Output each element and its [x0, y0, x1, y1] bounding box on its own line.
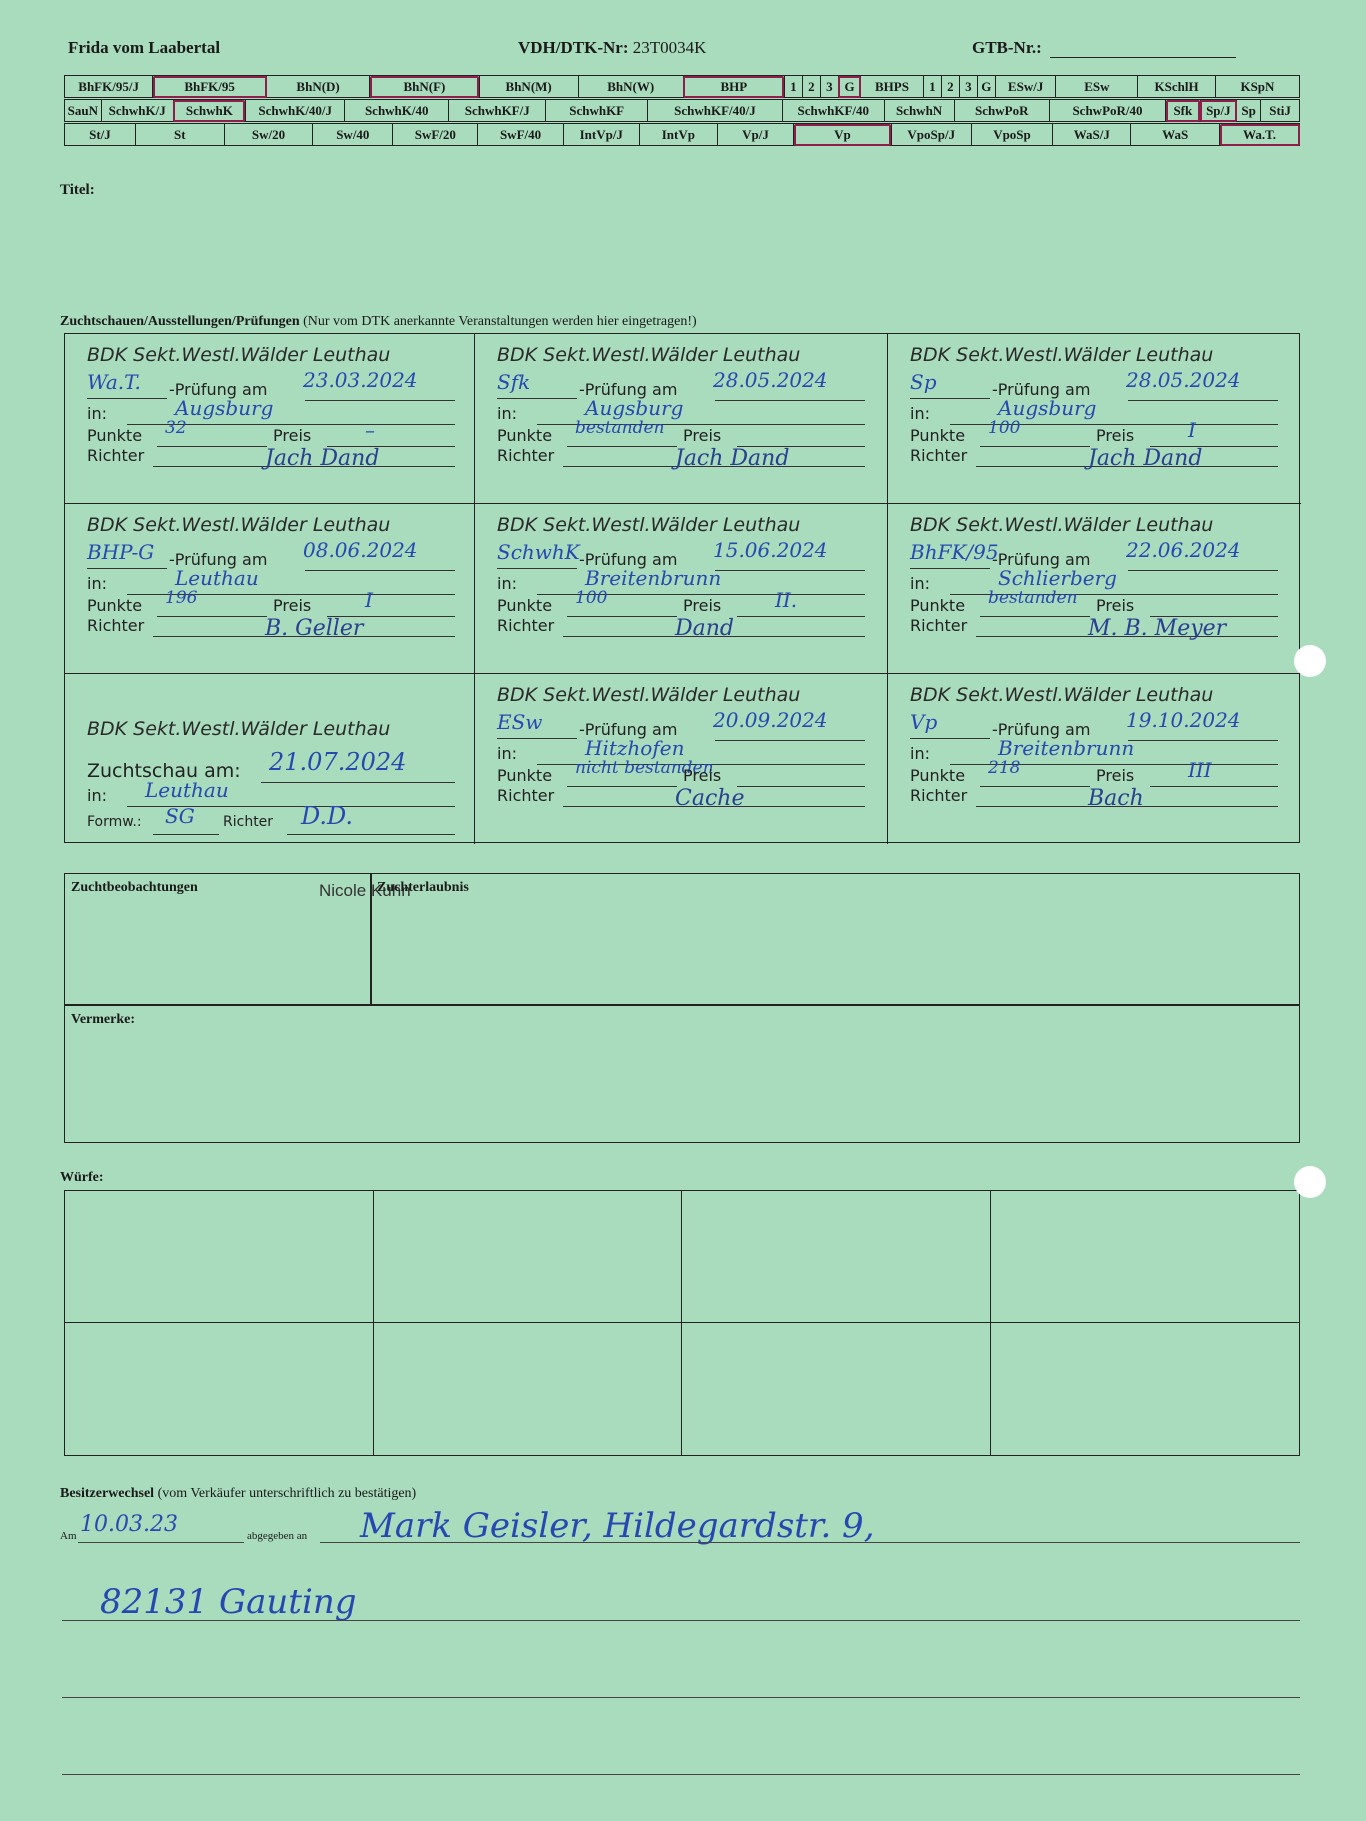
exam-prize[interactable]: I — [365, 588, 373, 612]
show-place[interactable]: Leuthau — [145, 778, 229, 802]
exam-judges[interactable]: Cache — [675, 786, 744, 811]
show-date[interactable]: 21.07.2024 — [269, 748, 406, 776]
wuerfe-label: Würfe: — [60, 1170, 104, 1186]
test-name[interactable]: BhFK/95 — [910, 540, 999, 564]
address-line-2 — [62, 1620, 1300, 1621]
exam-code-label: Sp — [1241, 103, 1255, 118]
exam-code-label: SchwPoR/40 — [1072, 103, 1142, 118]
exam-code-label: ESw — [1084, 79, 1109, 94]
exam-points[interactable]: 100 — [988, 418, 1020, 438]
exam-code-2[interactable]: 2 — [941, 76, 959, 98]
vdh-value: 23T0034K — [633, 38, 707, 57]
exam-codes-row-1: BhFK/95/JBhFK/95BhN(D)BhN(F)BhN(M)BhN(W)… — [64, 75, 1300, 98]
exam-code-label: BhN(M) — [506, 79, 552, 94]
litter-cell[interactable] — [991, 1191, 1300, 1323]
exam-code-sw-20[interactable]: Sw/20 — [224, 124, 313, 146]
exam-code-stij[interactable]: StiJ — [1261, 100, 1300, 122]
show-judges[interactable]: D.D. — [301, 802, 353, 830]
exam-code-esw[interactable]: ESw — [1056, 76, 1138, 98]
test-name[interactable]: ESw — [497, 710, 542, 734]
litter-cell[interactable] — [65, 1323, 374, 1455]
exam-code-sp-j[interactable]: Sp/J — [1200, 100, 1237, 122]
show-formwert[interactable]: SG — [165, 804, 195, 828]
exam-code-label: 2 — [808, 79, 815, 94]
exam-code-label: SchwhKF/40 — [798, 103, 870, 118]
exam-code-label: SwF/20 — [415, 127, 456, 142]
exam-code-bhfk-95[interactable]: BhFK/95 — [153, 76, 267, 98]
exam-points[interactable]: 196 — [165, 588, 197, 608]
events-grid: BDK Sekt.Westl.Wälder LeuthauWa.T.-Prüfu… — [64, 333, 1300, 843]
punkte-label: Punkte — [910, 766, 965, 785]
litter-cell[interactable] — [65, 1191, 374, 1323]
exam-code-label: SchwhK — [186, 103, 233, 118]
exam-code-label: BhN(F) — [403, 79, 445, 94]
exam-code-3[interactable]: 3 — [820, 76, 838, 98]
exam-code-label: St — [174, 127, 186, 142]
punkte-label: Punkte — [910, 426, 965, 445]
exam-date[interactable]: 23.03.2024 — [303, 368, 418, 392]
richter-label: Richter — [223, 814, 273, 830]
exam-code-label: WaS — [1162, 127, 1188, 142]
exam-codes-row-2: SauNSchwhK/JSchwhKSchwhK/40/JSchwhK/40Sc… — [64, 99, 1300, 122]
exam-code-label: SchwhKF/J — [465, 103, 530, 118]
event-card: BDK Sekt.Westl.Wälder LeuthauVp-Prüfung … — [888, 674, 1301, 844]
exam-judges[interactable]: Jach Dand — [675, 446, 789, 471]
preis-label: Preis — [683, 426, 721, 445]
test-name[interactable]: BHP-G — [87, 540, 154, 564]
exam-code-label: 2 — [947, 79, 954, 94]
exam-code-schwhkf-j[interactable]: SchwhKF/J — [449, 100, 546, 122]
event-card: BDK Sekt.Westl.Wälder LeuthauWa.T.-Prüfu… — [65, 334, 475, 504]
exam-judges[interactable]: Jach Dand — [265, 446, 379, 471]
exam-code-was[interactable]: WaS — [1131, 124, 1220, 146]
in-label: in: — [910, 744, 930, 763]
exam-points[interactable]: 100 — [575, 588, 607, 608]
richter-label: Richter — [87, 616, 144, 635]
am-label: Am — [60, 1530, 77, 1542]
prize-line — [1150, 426, 1278, 447]
preis-label: Preis — [1096, 596, 1134, 615]
exam-code-label: Wa.T. — [1243, 127, 1276, 142]
breeding-box: Zuchtbeobachtungen Nicole Kuhn Zuchterla… — [64, 873, 1300, 1143]
prize-line — [737, 426, 865, 447]
exam-place[interactable]: Augsburg — [998, 396, 1096, 420]
vdh-number: VDH/DTK-Nr: 23T0034K — [518, 38, 706, 58]
exam-code-bhp[interactable]: BHP — [683, 76, 784, 98]
exam-code-bhps[interactable]: BHPS — [861, 76, 924, 98]
exam-date[interactable]: 19.10.2024 — [1126, 708, 1241, 732]
exam-prize[interactable]: III — [1188, 758, 1212, 782]
abgegeben-label: abgegeben an — [247, 1530, 307, 1542]
exam-code-st[interactable]: St — [135, 124, 224, 146]
exam-code-label: SchwhK/40/J — [258, 103, 332, 118]
exam-points[interactable]: bestanden — [575, 418, 664, 438]
event-card: BDK Sekt.Westl.Wälder LeuthauSp-Prüfung … — [888, 334, 1301, 504]
preis-label: Preis — [683, 596, 721, 615]
new-owner-line-2[interactable]: 82131 Gauting — [100, 1582, 357, 1622]
exam-code-label: SchwhK/J — [109, 103, 166, 118]
punkte-label: Punkte — [910, 596, 965, 615]
exam-code-label: 3 — [965, 79, 972, 94]
exam-code-schwpor[interactable]: SchwPoR — [954, 100, 1049, 122]
exam-code-vposp-j[interactable]: VpoSp/J — [891, 124, 971, 146]
exam-codes-row-3: St/JStSw/20Sw/40SwF/20SwF/40IntVp/JIntVp… — [64, 123, 1300, 146]
exam-code-schwhk[interactable]: SchwhK — [173, 100, 245, 122]
exam-code-label: IntVp — [662, 127, 695, 142]
exam-code-label: 1 — [929, 79, 936, 94]
exam-code-schwhkf[interactable]: SchwhKF — [546, 100, 648, 122]
test-name[interactable]: SchwhK — [497, 540, 580, 564]
exam-code-label: Vp/J — [742, 127, 769, 142]
exam-code-g[interactable]: G — [838, 76, 860, 98]
exam-place[interactable]: Augsburg — [585, 396, 683, 420]
richter-label: Richter — [910, 616, 967, 635]
event-card: BDK Sekt.Westl.Wälder LeuthauZuchtschau … — [65, 674, 475, 844]
exam-code-sp[interactable]: Sp — [1237, 100, 1261, 122]
exam-code-swf-40[interactable]: SwF/40 — [478, 124, 563, 146]
exam-code-label: KSpN — [1240, 79, 1274, 94]
exam-points[interactable]: 32 — [165, 418, 187, 438]
exam-judges[interactable]: M. B. Meyer — [1088, 616, 1226, 641]
punkte-label: Punkte — [497, 596, 552, 615]
new-owner-line-1[interactable]: Mark Geisler, Hildegardstr. 9, — [360, 1506, 875, 1546]
in-label: in: — [497, 574, 517, 593]
exam-prize[interactable]: – — [365, 418, 375, 442]
club-stamp: BDK Sekt.Westl.Wälder Leuthau — [497, 344, 800, 366]
title-label: Titel: — [60, 182, 95, 199]
exam-code-label: SchwhK/40 — [365, 103, 429, 118]
preis-label: Preis — [273, 426, 311, 445]
prize-line — [327, 596, 455, 617]
exam-code-label: G — [981, 79, 991, 94]
club-stamp: BDK Sekt.Westl.Wälder Leuthau — [87, 718, 390, 740]
litters-grid — [64, 1190, 1300, 1456]
exam-code-schwhk-j[interactable]: SchwhK/J — [101, 100, 173, 122]
exam-code-bhn-m-[interactable]: BhN(M) — [479, 76, 578, 98]
exam-code-label: Sw/20 — [252, 127, 285, 142]
exam-code-3[interactable]: 3 — [959, 76, 977, 98]
test-name[interactable]: Vp — [910, 710, 937, 734]
exam-code-label: SchwhN — [896, 103, 942, 118]
litter-cell[interactable] — [682, 1191, 991, 1323]
exam-place[interactable]: Breitenbrunn — [998, 736, 1134, 760]
exam-code-1[interactable]: 1 — [784, 76, 802, 98]
address-line-1 — [320, 1542, 1300, 1543]
exam-code-label: SchwhKF/40/J — [674, 103, 756, 118]
in-label: in: — [910, 404, 930, 423]
exam-code-label: ESw/J — [1008, 79, 1043, 94]
exam-code-schwhk-40-j[interactable]: SchwhK/40/J — [245, 100, 344, 122]
test-name[interactable]: Wa.T. — [87, 370, 141, 394]
exam-code-label: WaS/J — [1074, 127, 1110, 142]
in-label: in: — [87, 404, 107, 423]
exam-code-bhn-f-[interactable]: BhN(F) — [370, 76, 480, 98]
richter-label: Richter — [87, 446, 144, 465]
richter-label: Richter — [910, 446, 967, 465]
litter-cell[interactable] — [374, 1323, 683, 1455]
exam-code-label: Sw/40 — [336, 127, 369, 142]
vdh-label: VDH/DTK-Nr: — [518, 38, 628, 57]
exam-code-schwhk-40[interactable]: SchwhK/40 — [345, 100, 449, 122]
exam-code-label: BHPS — [875, 79, 909, 94]
exam-prize[interactable]: II. — [775, 588, 797, 612]
divider — [65, 1004, 1299, 1006]
exam-code-schwhkf-40-j[interactable]: SchwhKF/40/J — [647, 100, 782, 122]
exam-date[interactable]: 22.06.2024 — [1126, 538, 1241, 562]
test-name[interactable]: Sfk — [497, 370, 530, 394]
event-card: BDK Sekt.Westl.Wälder LeuthauESw-Prüfung… — [475, 674, 888, 844]
prize-line — [737, 766, 865, 787]
exam-code-label: BhFK/95 — [184, 79, 235, 94]
richter-label: Richter — [497, 616, 554, 635]
owner-change-label: Besitzerwechsel (vom Verkäufer unterschr… — [60, 1486, 416, 1502]
exam-code-label: VpoSp/J — [907, 127, 955, 142]
exam-code-label: BHP — [721, 79, 748, 94]
exam-code-label: BhN(D) — [296, 79, 339, 94]
club-stamp: BDK Sekt.Westl.Wälder Leuthau — [497, 514, 800, 536]
exam-code-label: St/J — [89, 127, 111, 142]
punkte-label: Punkte — [87, 426, 142, 445]
address-line-4 — [62, 1774, 1300, 1775]
club-stamp: BDK Sekt.Westl.Wälder Leuthau — [910, 514, 1213, 536]
exam-code-label: BhN(W) — [607, 79, 654, 94]
event-card: BDK Sekt.Westl.Wälder LeuthauBHP-G-Prüfu… — [65, 504, 475, 674]
prize-line — [737, 596, 865, 617]
zuchtbeobachtungen-field[interactable] — [71, 904, 361, 999]
exam-code-label: Vp — [834, 127, 851, 142]
exam-code-label: 3 — [826, 79, 833, 94]
exam-date[interactable]: 20.09.2024 — [713, 708, 828, 732]
punkte-label: Punkte — [497, 766, 552, 785]
punch-hole — [1294, 645, 1326, 677]
exam-code-label: IntVp/J — [580, 127, 623, 142]
exam-code-schwhkf-40[interactable]: SchwhKF/40 — [783, 100, 885, 122]
exam-code-intvp[interactable]: IntVp — [639, 124, 717, 146]
in-label: in: — [87, 574, 107, 593]
exam-code-sw-40[interactable]: Sw/40 — [313, 124, 393, 146]
exam-date[interactable]: 08.06.2024 — [303, 538, 418, 562]
exam-code-label: StiJ — [1269, 103, 1291, 118]
exam-code-label: 1 — [790, 79, 797, 94]
exam-code-vp[interactable]: Vp — [794, 124, 892, 146]
exam-code-vposp[interactable]: VpoSp — [971, 124, 1053, 146]
litter-cell[interactable] — [682, 1323, 991, 1455]
exam-code-schwhn[interactable]: SchwhN — [884, 100, 954, 122]
exam-date[interactable]: 28.05.2024 — [713, 368, 828, 392]
club-stamp: BDK Sekt.Westl.Wälder Leuthau — [910, 684, 1213, 706]
formwert-label: Formw.: — [87, 814, 142, 830]
prize-line — [1150, 596, 1278, 617]
exam-date[interactable]: 15.06.2024 — [713, 538, 828, 562]
exam-code-bhn-w-[interactable]: BhN(W) — [578, 76, 683, 98]
punkte-label: Punkte — [497, 426, 552, 445]
exam-code-bhfk-95-j[interactable]: BhFK/95/J — [65, 76, 153, 98]
exam-prize[interactable]: I — [1188, 418, 1196, 442]
richter-label: Richter — [497, 446, 554, 465]
events-section-label: Zuchtschauen/Ausstellungen/Prüfungen (Nu… — [60, 314, 697, 330]
exam-place[interactable]: Hitzhofen — [585, 736, 684, 760]
in-label: in: — [497, 744, 517, 763]
exam-judges[interactable]: Jach Dand — [1088, 446, 1202, 471]
exam-code-label: Sp/J — [1206, 103, 1231, 118]
in-label: in: — [910, 574, 930, 593]
events-section-note: (Nur vom DTK anerkannte Veranstaltungen … — [303, 314, 697, 329]
exam-place[interactable]: Breitenbrunn — [585, 566, 721, 590]
exam-judges[interactable]: Bach — [1088, 786, 1144, 811]
exam-code-label: G — [844, 79, 854, 94]
address-line-3 — [62, 1697, 1300, 1698]
event-card: BDK Sekt.Westl.Wälder LeuthauBhFK/95-Prü… — [888, 504, 1301, 674]
club-stamp: BDK Sekt.Westl.Wälder Leuthau — [910, 344, 1213, 366]
exam-code-label: VpoSp — [993, 127, 1031, 142]
exam-code-label: BhFK/95/J — [78, 79, 139, 94]
exam-code-intvp-j[interactable]: IntVp/J — [563, 124, 639, 146]
event-card: BDK Sekt.Westl.Wälder LeuthauSchwhK-Prüf… — [475, 504, 888, 674]
events-section-title: Zuchtschauen/Ausstellungen/Prüfungen — [60, 314, 300, 329]
owner-change-title: Besitzerwechsel — [60, 1486, 154, 1501]
club-stamp: BDK Sekt.Westl.Wälder Leuthau — [497, 684, 800, 706]
gtb-label: GTB-Nr.: — [972, 38, 1042, 57]
exam-code-kspn[interactable]: KSpN — [1215, 76, 1299, 98]
title-field[interactable] — [110, 182, 1290, 282]
exam-code-st-j[interactable]: St/J — [65, 124, 136, 146]
richter-label: Richter — [497, 786, 554, 805]
prize-line — [327, 426, 455, 447]
exam-code-1[interactable]: 1 — [923, 76, 941, 98]
exam-code-2[interactable]: 2 — [802, 76, 820, 98]
gtb-number: GTB-Nr.: — [972, 38, 1236, 58]
vermerke-label: Vermerke: — [71, 1012, 135, 1028]
exam-code-saun[interactable]: SauN — [65, 100, 102, 122]
in-label: in: — [87, 786, 107, 805]
exam-code-label: SchwhKF — [569, 103, 624, 118]
dog-name: Frida vom Laabertal — [68, 38, 220, 58]
in-label: in: — [497, 404, 517, 423]
litter-cell[interactable] — [991, 1323, 1300, 1455]
vermerke-field[interactable] — [71, 1036, 1291, 1136]
punkte-label: Punkte — [87, 596, 142, 615]
test-name[interactable]: Sp — [910, 370, 937, 394]
exam-code-g[interactable]: G — [977, 76, 995, 98]
exam-judges[interactable]: B. Geller — [265, 616, 363, 641]
club-stamp: BDK Sekt.Westl.Wälder Leuthau — [87, 514, 390, 536]
exam-date[interactable]: 28.05.2024 — [1126, 368, 1241, 392]
exam-points[interactable]: 218 — [988, 758, 1020, 778]
gtb-field[interactable] — [1050, 43, 1236, 58]
event-card: BDK Sekt.Westl.Wälder LeuthauSfk-Prüfung… — [475, 334, 888, 504]
club-stamp: BDK Sekt.Westl.Wälder Leuthau — [87, 344, 390, 366]
preis-label: Preis — [273, 596, 311, 615]
exam-points[interactable]: bestanden — [988, 588, 1077, 608]
exam-code-was-j[interactable]: WaS/J — [1053, 124, 1131, 146]
exam-code-vp-j[interactable]: Vp/J — [717, 124, 793, 146]
punch-hole — [1294, 1166, 1326, 1198]
owner-change-date[interactable]: 10.03.23 — [80, 1512, 178, 1537]
owner-change-note: (vom Verkäufer unterschriftlich zu bestä… — [158, 1486, 417, 1501]
exam-code-wa-t-[interactable]: Wa.T. — [1220, 124, 1300, 146]
exam-place[interactable]: Augsburg — [175, 396, 273, 420]
exam-place[interactable]: Leuthau — [175, 566, 259, 590]
exam-code-label: SchwPoR — [975, 103, 1028, 118]
date-line — [78, 1542, 244, 1543]
exam-code-label: SauN — [68, 103, 98, 118]
exam-place[interactable]: Schlierberg — [998, 566, 1117, 590]
zuchterlaubnis-label: Zuchterlaubnis — [377, 880, 469, 896]
exam-code-label: Sfk — [1173, 103, 1192, 118]
exam-code-label: KSchlH — [1155, 79, 1199, 94]
exam-code-schwpor-40[interactable]: SchwPoR/40 — [1049, 100, 1165, 122]
preis-label: Preis — [1096, 766, 1134, 785]
exam-code-esw-j[interactable]: ESw/J — [995, 76, 1056, 98]
litter-cell[interactable] — [374, 1191, 683, 1323]
preis-label: Preis — [683, 766, 721, 785]
exam-code-kschlh[interactable]: KSchlH — [1138, 76, 1216, 98]
preis-label: Preis — [1096, 426, 1134, 445]
exam-judges[interactable]: Dand — [675, 616, 734, 641]
exam-code-swf-20[interactable]: SwF/20 — [393, 124, 478, 146]
exam-code-bhn-d-[interactable]: BhN(D) — [267, 76, 370, 98]
exam-code-label: SwF/40 — [500, 127, 541, 142]
richter-label: Richter — [910, 786, 967, 805]
zuchterlaubnis-field[interactable] — [377, 904, 1287, 999]
zuchtbeobachtungen-label: Zuchtbeobachtungen — [71, 880, 198, 896]
exam-code-sfk[interactable]: Sfk — [1166, 100, 1200, 122]
prize-line — [1150, 766, 1278, 787]
